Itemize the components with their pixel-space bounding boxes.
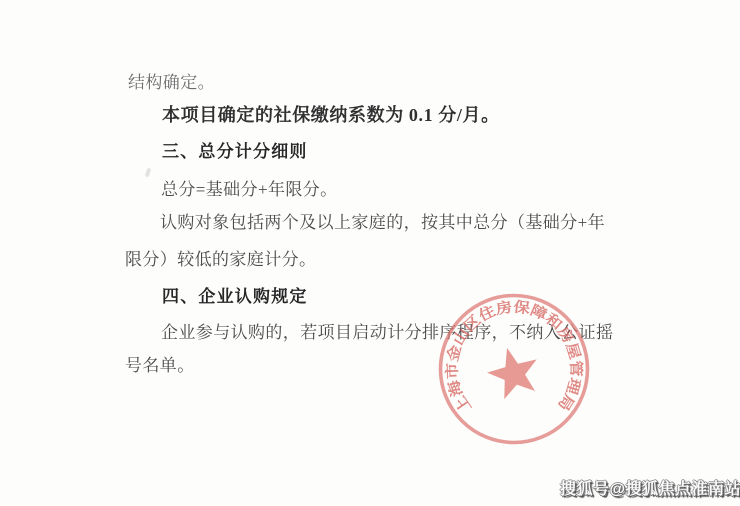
star-icon [482, 341, 544, 401]
social-insurance-coefficient-line: 本项目确定的社保缴纳系数为 0.1 分/月。 [162, 106, 500, 124]
family-scoring-line-2: 限分）较低的家庭计分。 [125, 251, 316, 268]
section-heading-3-scoring-rules: 三、总分计分细则 [162, 143, 308, 160]
section-heading-4-enterprise-rules: 四、企业认购规定 [162, 288, 308, 305]
enterprise-purchase-line-1: 企业参与认购的，若项目启动计分排序程序，不纳入公证摇 [161, 324, 613, 341]
enterprise-purchase-line-2: 号名单。 [125, 357, 195, 374]
sohu-watermark: 搜狐号@搜狐焦点淮南站 [560, 476, 740, 499]
paragraph-tail: 结构确定。 [128, 74, 215, 91]
official-red-seal: 上海市金山区住房保障和房屋管理局 [437, 292, 593, 450]
scanned-document-page: 结构确定。 本项目确定的社保缴纳系数为 0.1 分/月。 三、总分计分细则 总分… [0, 0, 740, 506]
svg-text:上海市金山区住房保障和房屋管理局: 上海市金山区住房保障和房屋管理局 [443, 298, 585, 416]
total-score-formula-line: 总分=基础分+年限分。 [161, 181, 338, 198]
seal-ring [441, 296, 588, 443]
seal-text: 上海市金山区住房保障和房屋管理局 [443, 298, 585, 416]
scan-artifact [145, 168, 152, 178]
family-scoring-line-1: 认购对象包括两个及以上家庭的，按其中总分（基础分+年 [160, 214, 605, 231]
